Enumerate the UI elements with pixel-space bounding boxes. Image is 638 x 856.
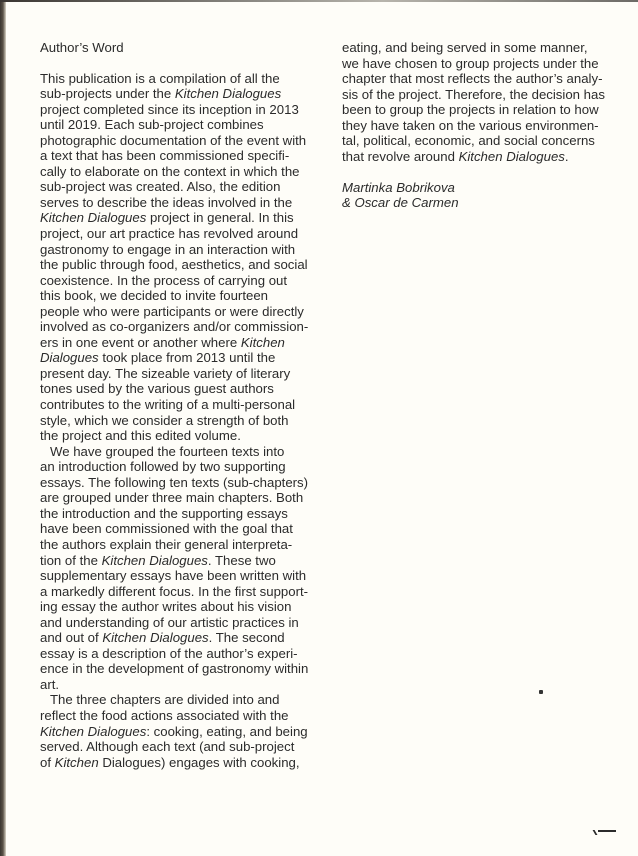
- italic-title: Kitchen: [241, 335, 285, 350]
- text-segment: project, our art practice has revolved a…: [40, 226, 298, 241]
- text-segment: contributes to the writing of a multi-pe…: [40, 397, 295, 412]
- text-line: The three chapters are divided into and: [40, 692, 332, 708]
- text-line: that revolve around Kitchen Dialogues.: [342, 149, 632, 165]
- text-segment: sis of the project. Therefore, the decis…: [342, 87, 605, 102]
- text-segment: the public through food, aesthetics, and…: [40, 257, 308, 272]
- text-line: the public through food, aesthetics, and…: [40, 257, 332, 273]
- text-line: been to group the projects in relation t…: [342, 102, 632, 118]
- text-line: a markedly different focus. In the first…: [40, 584, 332, 600]
- text-line: this book, we decided to invite fourteen: [40, 288, 332, 304]
- text-segment: we have chosen to group projects under t…: [342, 56, 599, 71]
- text-segment: : cooking, eating, and being: [146, 724, 307, 739]
- text-line: the project and this edited volume.: [40, 428, 332, 444]
- italic-title: Kitchen Dialogues: [102, 630, 208, 645]
- text-segment: tones used by the various guest authors: [40, 381, 274, 396]
- italic-title: Dialogues: [40, 350, 99, 365]
- text-segment: present day. The sizeable variety of lit…: [40, 366, 290, 381]
- text-line: present day. The sizeable variety of lit…: [40, 366, 332, 382]
- text-line: gastronomy to engage in an interaction w…: [40, 242, 332, 258]
- signature: Martinka Bobrikova & Oscar de Carmen: [342, 180, 632, 211]
- text-line: sub-project was created. Also, the editi…: [40, 179, 332, 195]
- text-segment: serves to describe the ideas involved in…: [40, 195, 292, 210]
- text-line: This publication is a compilation of all…: [40, 71, 332, 87]
- text-line: they have taken on the various environme…: [342, 118, 632, 134]
- text-line: project completed since its inception in…: [40, 102, 332, 118]
- text-segment: . The second: [209, 630, 285, 645]
- text-segment: the project and this edited volume.: [40, 428, 241, 443]
- text-segment: supplementary essays have been written w…: [40, 568, 306, 583]
- text-segment: essays. The following ten texts (sub-cha…: [40, 475, 308, 490]
- text-segment: have been commissioned with the goal tha…: [40, 521, 293, 536]
- text-line: until 2019. Each sub-project combines: [40, 117, 332, 133]
- signature-author-2: & Oscar de Carmen: [342, 195, 632, 211]
- text-segment: and understanding of our artistic practi…: [40, 615, 299, 630]
- text-line: Dialogues took place from 2013 until the: [40, 350, 332, 366]
- text-line: have been commissioned with the goal tha…: [40, 521, 332, 537]
- left-column: Author’s Word This publication is a comp…: [40, 40, 332, 770]
- text-segment: tion of the: [40, 553, 102, 568]
- text-line: coexistence. In the process of carrying …: [40, 273, 332, 289]
- text-segment: served. Although each text (and sub-proj…: [40, 739, 294, 754]
- text-line: we have chosen to group projects under t…: [342, 56, 632, 72]
- text-segment: reflect the food actions associated with…: [40, 708, 289, 723]
- text-segment: this book, we decided to invite fourteen: [40, 288, 268, 303]
- page-number-glyph-hook: [593, 830, 598, 835]
- text-line: an introduction followed by two supporti…: [40, 459, 332, 475]
- text-segment: sub-projects under the: [40, 86, 175, 101]
- text-line: serves to describe the ideas involved in…: [40, 195, 332, 211]
- right-column-body: eating, and being served in some manner,…: [342, 40, 632, 164]
- text-line: of Kitchen Dialogues) engages with cooki…: [40, 755, 332, 771]
- text-segment: been to group the projects in relation t…: [342, 102, 599, 117]
- text-segment: gastronomy to engage in an interaction w…: [40, 242, 295, 257]
- page-top-edge: [0, 0, 638, 2]
- text-line: and understanding of our artistic practi…: [40, 615, 332, 631]
- text-segment: coexistence. In the process of carrying …: [40, 273, 287, 288]
- text-segment: until 2019. Each sub-project combines: [40, 117, 264, 132]
- text-line: project, our art practice has revolved a…: [40, 226, 332, 242]
- text-segment: took place from 2013 until the: [99, 350, 276, 365]
- text-segment: art.: [40, 677, 59, 692]
- text-line: involved as co-organizers and/or commiss…: [40, 319, 332, 335]
- italic-title: Kitchen Dialogues: [175, 86, 281, 101]
- text-segment: cally to elaborate on the context in whi…: [40, 164, 300, 179]
- text-segment: Dialogues) engages with cooking,: [99, 755, 300, 770]
- text-segment: they have taken on the various environme…: [342, 118, 599, 133]
- text-line: the introduction and the supporting essa…: [40, 506, 332, 522]
- italic-title: Kitchen Dialogues: [40, 724, 146, 739]
- page-heading: Author’s Word: [40, 40, 332, 56]
- text-segment: the introduction and the supporting essa…: [40, 506, 288, 521]
- italic-title: Kitchen Dialogues: [40, 210, 146, 225]
- text-line: ing essay the author writes about his vi…: [40, 599, 332, 615]
- text-segment: project in general. In this: [146, 210, 293, 225]
- text-line: tones used by the various guest authors: [40, 381, 332, 397]
- text-line: cally to elaborate on the context in whi…: [40, 164, 332, 180]
- text-segment: tal, political, economic, and social con…: [342, 133, 595, 148]
- text-segment: photographic documentation of the event …: [40, 133, 306, 148]
- text-segment: project completed since its inception in…: [40, 102, 299, 117]
- text-segment: a markedly different focus. In the first…: [40, 584, 308, 599]
- text-line: Kitchen Dialogues project in general. In…: [40, 210, 332, 226]
- text-line: eating, and being served in some manner,: [342, 40, 632, 56]
- text-segment: chapter that most reflects the author’s …: [342, 71, 602, 86]
- text-line: a text that has been commissioned specif…: [40, 148, 332, 164]
- signature-author-1: Martinka Bobrikova: [342, 180, 632, 196]
- text-segment: are grouped under three main chapters. B…: [40, 490, 303, 505]
- text-segment: ers in one event or another where: [40, 335, 241, 350]
- text-segment: sub-project was created. Also, the editi…: [40, 179, 280, 194]
- text-segment: people who were participants or were dir…: [40, 304, 304, 319]
- text-line: sub-projects under the Kitchen Dialogues: [40, 86, 332, 102]
- text-line: Kitchen Dialogues: cooking, eating, and …: [40, 724, 332, 740]
- italic-title: Kitchen Dialogues: [459, 149, 565, 164]
- text-segment: . These two: [208, 553, 276, 568]
- text-line: ence in the development of gastronomy wi…: [40, 661, 332, 677]
- text-segment: that revolve around: [342, 149, 459, 164]
- italic-title: Kitchen: [55, 755, 99, 770]
- text-segment: essay is a description of the author’s e…: [40, 646, 298, 661]
- text-line: essay is a description of the author’s e…: [40, 646, 332, 662]
- text-line: are grouped under three main chapters. B…: [40, 490, 332, 506]
- text-line: ers in one event or another where Kitche…: [40, 335, 332, 351]
- text-line: supplementary essays have been written w…: [40, 568, 332, 584]
- page-number-glyph-bar: [598, 830, 616, 832]
- text-line: contributes to the writing of a multi-pe…: [40, 397, 332, 413]
- text-line: tal, political, economic, and social con…: [342, 133, 632, 149]
- text-segment: involved as co-organizers and/or commiss…: [40, 319, 308, 334]
- text-line: We have grouped the fourteen texts into: [40, 444, 332, 460]
- text-line: chapter that most reflects the author’s …: [342, 71, 632, 87]
- text-line: style, which we consider a strength of b…: [40, 413, 332, 429]
- text-line: photographic documentation of the event …: [40, 133, 332, 149]
- text-segment: style, which we consider a strength of b…: [40, 413, 289, 428]
- text-line: reflect the food actions associated with…: [40, 708, 332, 724]
- text-line: served. Although each text (and sub-proj…: [40, 739, 332, 755]
- text-line: and out of Kitchen Dialogues. The second: [40, 630, 332, 646]
- text-segment: and out of: [40, 630, 102, 645]
- text-segment: ing essay the author writes about his vi…: [40, 599, 291, 614]
- text-segment: This publication is a compilation of all…: [40, 71, 280, 86]
- text-segment: eating, and being served in some manner,: [342, 40, 588, 55]
- page-edge-shadow: [0, 0, 6, 856]
- text-line: people who were participants or were dir…: [40, 304, 332, 320]
- text-segment: of: [40, 755, 55, 770]
- page-number: [594, 830, 616, 834]
- text-line: the authors explain their general interp…: [40, 537, 332, 553]
- text-line: art.: [40, 677, 332, 693]
- text-segment: the authors explain their general interp…: [40, 537, 292, 552]
- text-segment: ence in the development of gastronomy wi…: [40, 661, 308, 676]
- left-column-body: This publication is a compilation of all…: [40, 71, 332, 771]
- italic-title: Kitchen Dialogues: [102, 553, 208, 568]
- text-segment: a text that has been commissioned specif…: [40, 148, 289, 163]
- right-column: eating, and being served in some manner,…: [342, 40, 632, 211]
- text-line: tion of the Kitchen Dialogues. These two: [40, 553, 332, 569]
- text-line: sis of the project. Therefore, the decis…: [342, 87, 632, 103]
- text-segment: We have grouped the fourteen texts into: [50, 444, 284, 459]
- text-segment: an introduction followed by two supporti…: [40, 459, 286, 474]
- print-speck: [539, 690, 543, 694]
- text-segment: The three chapters are divided into and: [50, 692, 279, 707]
- text-segment: .: [565, 149, 569, 164]
- text-line: essays. The following ten texts (sub-cha…: [40, 475, 332, 491]
